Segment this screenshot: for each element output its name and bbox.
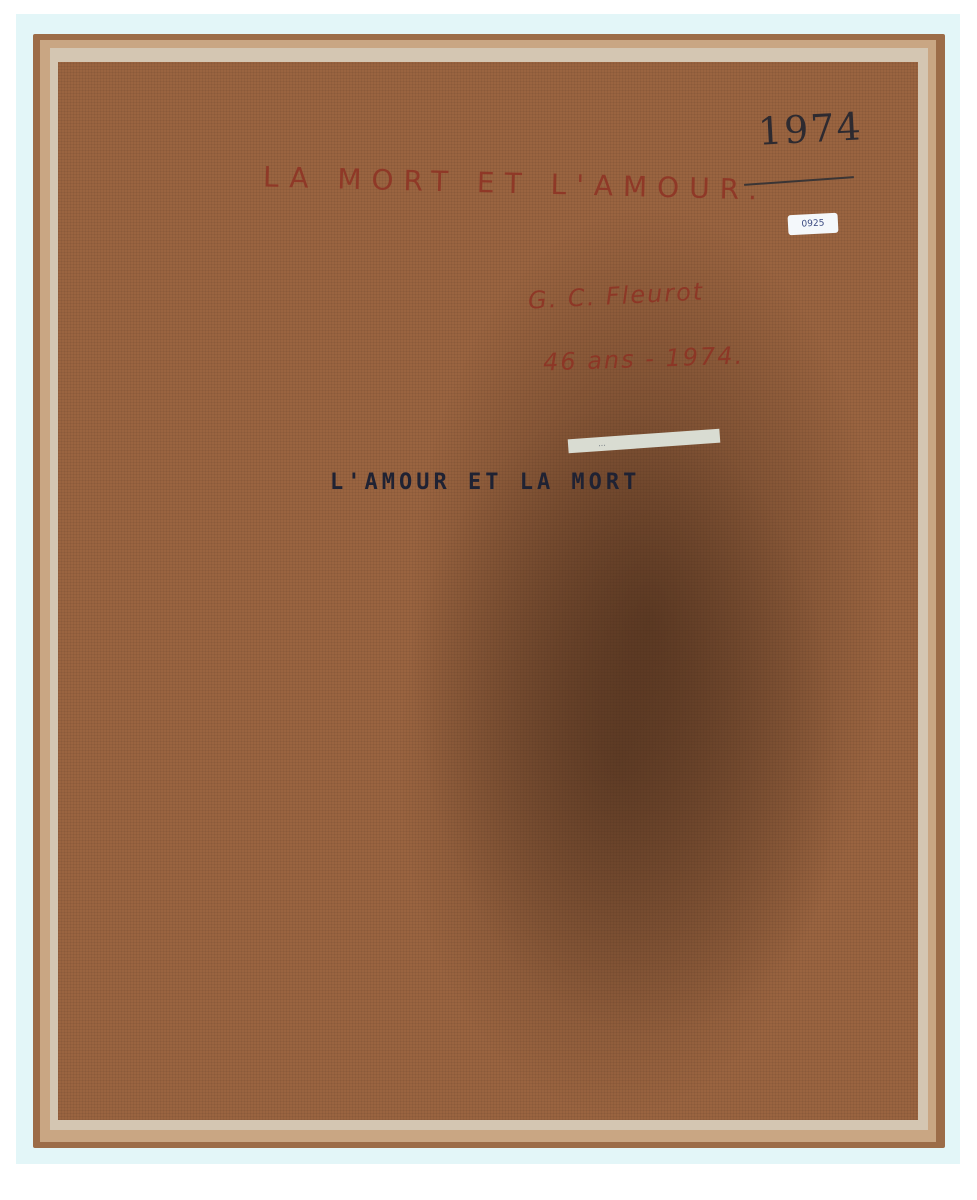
paper-tape-label: ... (568, 429, 721, 454)
red-title-inscription: LA MORT ET L'AMOUR. (263, 160, 768, 206)
pencil-year: 1974 (757, 104, 864, 153)
dark-title-inscription: L'AMOUR ET LA MORT (330, 470, 640, 495)
hardboard-back: 1974 LA MORT ET L'AMOUR. 0925 G. C. Fleu… (58, 62, 918, 1120)
inventory-sticker: 0925 (788, 213, 839, 236)
date-inscription: 46 ans - 1974. (543, 341, 745, 376)
artist-signature: G. C. Fleurot (527, 277, 705, 314)
